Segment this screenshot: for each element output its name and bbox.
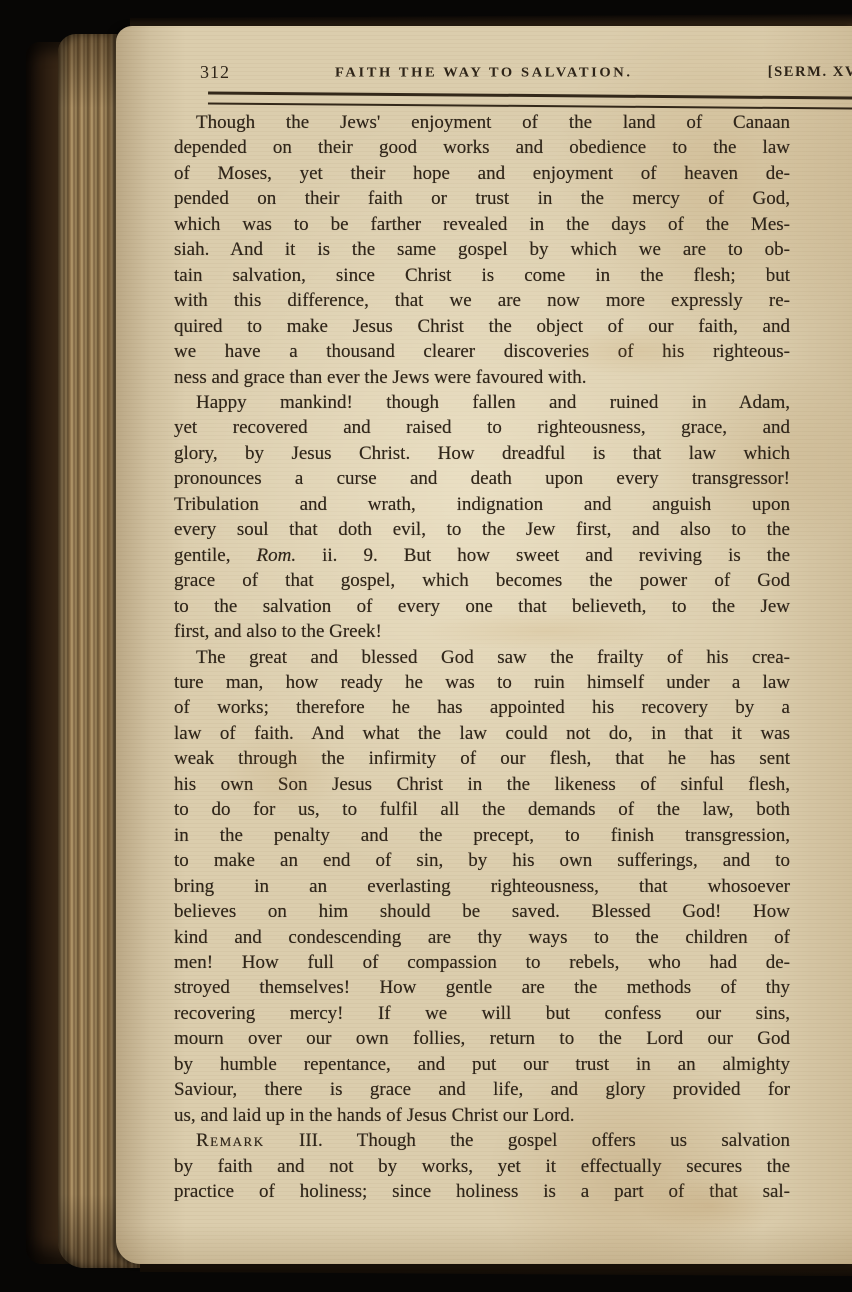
header-double-rule	[208, 91, 852, 109]
book-photo: 312 FAITH THE WAY TO SALVATION. [SERM. X…	[0, 0, 852, 1292]
text-line: Tribulation and wrath, indignation and a…	[174, 492, 790, 517]
text-segment: bring in an everlasting righteousness, t…	[174, 876, 790, 897]
text-segment: by humble repentance, and put our trust …	[174, 1054, 790, 1075]
text-line: in the penalty and the precept, to finis…	[174, 823, 790, 848]
text-segment: men! How full of compassion to rebels, w…	[174, 952, 790, 973]
text-line: by humble repentance, and put our trust …	[174, 1052, 790, 1077]
text-line: to do for us, to fulfil all the demands …	[174, 797, 790, 822]
text-segment: depended on their good works and obedien…	[174, 137, 790, 158]
text-segment: practice of holiness; since holiness is …	[174, 1181, 790, 1202]
text-line: first, and also to the Greek!	[174, 619, 790, 644]
text-line: siah. And it is the same gospel by which…	[174, 237, 790, 262]
text-segment: law of faith. And what the law could not…	[174, 723, 790, 744]
text-line: pronounces a curse and death upon every …	[174, 466, 790, 491]
text-line: depended on their good works and obedien…	[174, 135, 790, 160]
page-number: 312	[200, 62, 230, 83]
text-line: Saviour, there is grace and life, and gl…	[174, 1077, 790, 1102]
text-segment: Saviour, there is grace and life, and gl…	[174, 1079, 790, 1100]
text-segment: his own Son Jesus Christ in the likeness…	[174, 774, 790, 795]
text-segment: recovering mercy! If we will but confess…	[174, 1003, 790, 1024]
text-segment: ii. 9. But how sweet and reviving is the	[296, 545, 790, 566]
text-segment: stroyed themselves! How gentle are the m…	[174, 977, 790, 998]
text-line: stroyed themselves! How gentle are the m…	[174, 975, 790, 1000]
text-segment: first, and also to the Greek!	[174, 621, 382, 642]
text-segment: The great and blessed God saw the frailt…	[196, 647, 790, 668]
text-segment: III. Though the gospel offers us salvati…	[265, 1130, 790, 1151]
text-segment: pended on their faith or trust in the me…	[174, 188, 790, 209]
text-line: believes on him should be saved. Blessed…	[174, 899, 790, 924]
text-line: ture man, how ready he was to ruin himse…	[174, 670, 790, 695]
text-line: pended on their faith or trust in the me…	[174, 186, 790, 211]
text-line: we have a thousand clearer discoveries o…	[174, 339, 790, 364]
text-segment: Though the Jews' enjoyment of the land o…	[196, 112, 790, 133]
text-line: bring in an everlasting righteousness, t…	[174, 874, 790, 899]
text-line: weak through the infirmity of our flesh,…	[174, 746, 790, 771]
text-segment: quired to make Jesus Christ the object o…	[174, 316, 790, 337]
text-segment: of Moses, yet their hope and enjoyment o…	[174, 163, 790, 184]
text-line: men! How full of compassion to rebels, w…	[174, 950, 790, 975]
text-segment: to the salvation of every one that belie…	[174, 596, 790, 617]
text-line: which was to be farther revealed in the …	[174, 212, 790, 237]
text-segment: in the penalty and the precept, to finis…	[174, 825, 790, 846]
text-line: mourn over our own follies, return to th…	[174, 1026, 790, 1051]
text-line: us, and laid up in the hands of Jesus Ch…	[174, 1103, 790, 1128]
paragraph: The great and blessed God saw the frailt…	[174, 645, 790, 1129]
text-segment: kind and condescending are thy ways to t…	[174, 927, 790, 948]
text-segment: Tribulation and wrath, indignation and a…	[174, 494, 790, 515]
text-segment: believes on him should be saved. Blessed…	[174, 901, 790, 922]
text-segment: ture man, how ready he was to ruin himse…	[174, 672, 790, 693]
text-segment: glory, by Jesus Christ. How dreadful is …	[174, 443, 790, 464]
text-segment: we have a thousand clearer discoveries o…	[174, 341, 790, 362]
text-line: kind and condescending are thy ways to t…	[174, 925, 790, 950]
text-segment: weak through the infirmity of our flesh,…	[174, 748, 790, 769]
running-header: 312 FAITH THE WAY TO SALVATION. [SERM. X…	[200, 62, 852, 88]
text-segment: by faith and not by works, yet it effect…	[174, 1156, 790, 1177]
text-segment: grace of that gospel, which becomes the …	[174, 570, 790, 591]
book-page: 312 FAITH THE WAY TO SALVATION. [SERM. X…	[116, 26, 852, 1264]
text-segment: siah. And it is the same gospel by which…	[174, 239, 790, 260]
paragraph: Happy mankind! though fallen and ruined …	[174, 390, 790, 645]
text-line: quired to make Jesus Christ the object o…	[174, 314, 790, 339]
text-line: of works; therefore he has appointed his…	[174, 695, 790, 720]
text-line: to make an end of sin, by his own suffer…	[174, 848, 790, 873]
text-line: tain salvation, since Christ is come in …	[174, 263, 790, 288]
running-title: FAITH THE WAY TO SALVATION.	[335, 66, 633, 82]
sermon-signature: [SERM. XVIII.	[768, 64, 852, 81]
text-segment: tain salvation, since Christ is come in …	[174, 265, 790, 286]
text-line: grace of that gospel, which becomes the …	[174, 568, 790, 593]
text-line: of Moses, yet their hope and enjoyment o…	[174, 161, 790, 186]
text-line: to the salvation of every one that belie…	[174, 594, 790, 619]
text-line: Remark III. Though the gospel offers us …	[174, 1128, 790, 1153]
text-segment: us, and laid up in the hands of Jesus Ch…	[174, 1105, 575, 1126]
text-segment: ness and grace than ever the Jews were f…	[174, 367, 587, 388]
text-segment: of works; therefore he has appointed his…	[174, 697, 790, 718]
text-line: recovering mercy! If we will but confess…	[174, 1001, 790, 1026]
text-segment: mourn over our own follies, return to th…	[174, 1028, 790, 1049]
paragraph: Remark III. Though the gospel offers us …	[174, 1128, 790, 1204]
text-line: with this difference, that we are now mo…	[174, 288, 790, 313]
text-line: The great and blessed God saw the frailt…	[174, 645, 790, 670]
text-segment: which was to be farther revealed in the …	[174, 214, 790, 235]
text-line: by faith and not by works, yet it effect…	[174, 1154, 790, 1179]
italic-citation: Rom.	[257, 545, 297, 566]
text-segment: to do for us, to fulfil all the demands …	[174, 799, 790, 820]
paragraph: Though the Jews' enjoyment of the land o…	[174, 110, 790, 390]
text-line: Though the Jews' enjoyment of the land o…	[174, 110, 790, 135]
text-line: yet recovered and raised to righteousnes…	[174, 415, 790, 440]
text-segment: yet recovered and raised to righteousnes…	[174, 417, 790, 438]
text-line: glory, by Jesus Christ. How dreadful is …	[174, 441, 790, 466]
text-segment: to make an end of sin, by his own suffer…	[174, 850, 790, 871]
smallcaps-remark: Remark	[196, 1130, 265, 1151]
text-segment: gentile,	[174, 545, 257, 566]
text-segment: every soul that doth evil, to the Jew fi…	[174, 519, 790, 540]
text-line: practice of holiness; since holiness is …	[174, 1179, 790, 1204]
text-line: law of faith. And what the law could not…	[174, 721, 790, 746]
text-segment: with this difference, that we are now mo…	[174, 290, 790, 311]
text-line: Happy mankind! though fallen and ruined …	[174, 390, 790, 415]
body-text-block: Though the Jews' enjoyment of the land o…	[174, 110, 790, 1204]
text-line: every soul that doth evil, to the Jew fi…	[174, 517, 790, 542]
text-line: gentile, Rom. ii. 9. But how sweet and r…	[174, 543, 790, 568]
text-segment: Happy mankind! though fallen and ruined …	[196, 392, 790, 413]
text-line: ness and grace than ever the Jews were f…	[174, 365, 790, 390]
text-line: his own Son Jesus Christ in the likeness…	[174, 772, 790, 797]
text-segment: pronounces a curse and death upon every …	[174, 468, 790, 489]
